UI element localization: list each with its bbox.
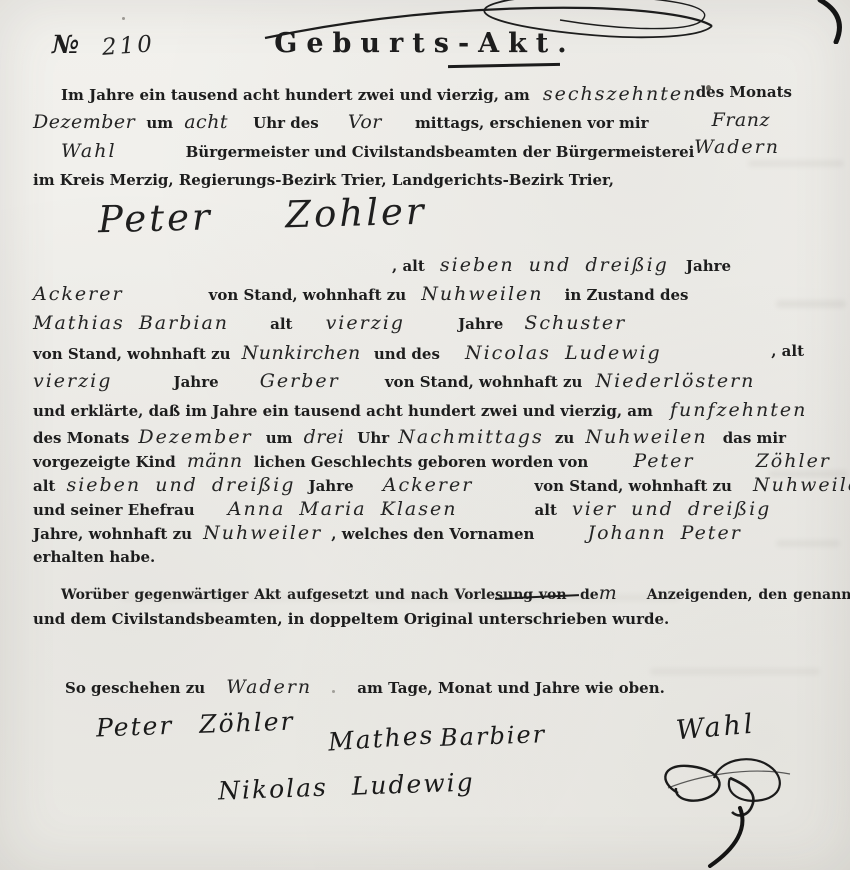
printed-text: Uhr — [357, 429, 389, 447]
bleed-through-stain — [776, 300, 846, 308]
handwritten-place: Wadern — [226, 676, 312, 698]
form-line: und seiner Ehefrau Anna Maria Klasen alt… — [33, 499, 822, 520]
bleed-through-stain — [768, 470, 848, 478]
place-line: So geschehen zu Wadern am Tage, Monat un… — [33, 677, 822, 698]
printed-text: alt — [270, 315, 292, 333]
printed-text: alt — [535, 501, 557, 519]
signature-witness1-surname: Barbier — [440, 720, 547, 752]
signature-father: Peter Zöhler — [96, 707, 295, 743]
form-line: vierzig Jahre Gerber von Stand, wohnhaft… — [33, 371, 822, 392]
form-line: erhalten habe. — [33, 548, 822, 566]
form-line: , alt sieben und dreißig Jahre — [392, 255, 822, 276]
handwritten-residence: Niederlöstern — [596, 370, 756, 392]
handwritten-age: sieben und dreißig — [66, 474, 295, 496]
printed-text: Jahre — [308, 477, 353, 495]
printed-text: des Monats — [33, 429, 129, 447]
handwritten-father-firstname: Peter — [633, 450, 694, 472]
handwritten-month: Dezember — [33, 111, 135, 133]
printed-text: So geschehen zu — [65, 679, 205, 697]
printed-text: das mir — [723, 429, 786, 447]
ink-speck — [706, 85, 711, 91]
handwritten-municipality: Wadern — [694, 137, 780, 158]
form-line: des Monats Dezember um drei Uhr Nachmitt… — [33, 427, 822, 448]
document-title: Geburts-Akt. — [274, 28, 575, 59]
printed-text: lichen Geschlechts geboren worden von — [254, 453, 589, 471]
bleed-through-stain — [776, 540, 840, 547]
handwritten-month: Dezember — [138, 426, 252, 448]
handwritten-age: vier und dreißig — [572, 498, 771, 520]
handwritten-entry: Nachmittags — [398, 426, 543, 448]
printed-text: Jahre — [686, 257, 731, 275]
document-page: № 210 Geburts-Akt. Im Jahre ein tausend … — [0, 0, 850, 870]
printed-text: um — [266, 429, 293, 447]
handwritten-gender: männ — [187, 450, 243, 472]
handwritten-child-name: Johann Peter — [588, 522, 742, 544]
form-line: Mathias Barbian alt vierzig Jahre Schust… — [33, 313, 822, 334]
form-line: und erklärte, daß im Jahre ein tausend a… — [33, 400, 822, 421]
declarant-name-large: Peter Zohler — [97, 190, 427, 242]
form-line: Jahre, wohnhaft zu Nuhweiler , welches d… — [33, 523, 822, 544]
bleed-through-stain — [650, 668, 820, 675]
signature-witness1-firstname: Mathes — [327, 720, 435, 756]
handwritten-residence: Nuhweilen — [585, 426, 707, 448]
form-line: Ackerer von Stand, wohnhaft zu Nuhweilen… — [33, 284, 822, 305]
printed-text: , alt — [771, 343, 804, 360]
printed-text: erhalten habe. — [33, 548, 155, 566]
bleed-through-stain — [120, 594, 680, 601]
handwritten-residence: Nunkirchen — [242, 342, 361, 364]
handwritten-residence: Nuhweiler — [203, 522, 322, 544]
ink-speck — [122, 17, 125, 20]
ink-speck — [332, 690, 335, 693]
printed-text: , alt — [392, 257, 425, 275]
handwritten-official-firstname: Franz — [712, 110, 770, 131]
printed-text: Jahre, wohnhaft zu — [33, 525, 192, 543]
printed-text: und des — [374, 345, 440, 363]
form-line: vorgezeigte Kind männ lichen Geschlechts… — [33, 451, 822, 472]
printed-text: Uhr des — [253, 114, 319, 132]
printed-text: von Stand, wohnhaft zu — [534, 477, 732, 495]
handwritten-witness2-name: Nicolas Ludewig — [465, 342, 662, 364]
signature-witness2: Nikolas Ludewig — [218, 768, 476, 806]
handwritten-mother-name: Anna Maria Klasen — [228, 498, 458, 520]
printed-text: und seiner Ehefrau — [33, 501, 195, 519]
printed-text: von Stand, wohnhaft zu — [385, 373, 583, 391]
handwritten-occupation: Ackerer — [383, 474, 474, 496]
handwritten-age: sieben und dreißig — [440, 254, 669, 276]
printed-text: von Stand, wohnhaft zu — [33, 345, 231, 363]
handwritten-hour: drei — [304, 426, 345, 448]
printed-text: von Stand, wohnhaft zu — [209, 286, 407, 304]
form-line: alt sieben und dreißig Jahre Ackerer von… — [33, 475, 822, 496]
handwritten-witness1-name: Mathias Barbian — [33, 312, 229, 334]
signature-paraph-flourish — [648, 748, 808, 868]
closing-line: und dem Civilstandsbeamten, in doppeltem… — [33, 610, 822, 628]
printed-text: , welches den Vornamen — [331, 525, 534, 543]
handwritten-residence: Nuhweilen — [421, 283, 543, 305]
handwritten-father-surname: Zöhler — [756, 450, 831, 472]
form-line: Dezember um acht Uhr des Vor mittags, er… — [33, 112, 822, 133]
signature-official: Wahl — [675, 709, 757, 747]
title-wrap: Geburts-Akt. — [0, 28, 850, 59]
form-line: von Stand, wohnhaft zu Nunkirchen und de… — [33, 343, 822, 364]
printed-text: Jahre — [458, 315, 503, 333]
form-line: Im Jahre ein tausend acht hundert zwei u… — [33, 84, 822, 105]
form-line: Wahl Bürgermeister und Civilstandsbeamte… — [33, 141, 822, 162]
handwritten-day: funfzehnten — [670, 399, 807, 421]
printed-text: Jahre — [173, 373, 218, 391]
handwritten-entry: Vor — [348, 111, 382, 133]
printed-text: in Zustand des — [565, 286, 689, 304]
printed-text: Bürgermeister und Civilstandsbeamten der… — [186, 143, 695, 161]
handwritten-occupation: Ackerer — [33, 283, 124, 305]
handwritten-occupation: Schuster — [524, 312, 626, 334]
handwritten-official-surname: Wahl — [61, 140, 117, 162]
printed-text: am Tage, Monat und Jahre wie oben. — [357, 679, 665, 697]
bleed-through-stain — [748, 160, 844, 167]
printed-text: alt — [33, 477, 55, 495]
handwritten-occupation: Gerber — [260, 370, 340, 392]
printed-text: mittags, erschienen vor mir — [415, 114, 649, 132]
handwritten-day: sechszehnten — [543, 83, 697, 105]
printed-text: und dem Civilstandsbeamten, in doppeltem… — [33, 610, 669, 628]
printed-text: und erklärte, daß im Jahre ein tausend a… — [33, 402, 653, 420]
printed-text: Im Jahre ein tausend acht hundert zwei u… — [61, 86, 530, 104]
printed-text: um — [146, 114, 173, 132]
title-underline — [448, 63, 560, 68]
printed-text: zu — [555, 429, 574, 447]
handwritten-age: vierzig — [326, 312, 405, 334]
printed-text: vorgezeigte Kind — [33, 453, 176, 471]
form-line: im Kreis Merzig, Regierungs-Bezirk Trier… — [33, 171, 822, 189]
printed-text: im Kreis Merzig, Regierungs-Bezirk Trier… — [33, 171, 614, 189]
handwritten-age: vierzig — [33, 370, 112, 392]
handwritten-hour: acht — [184, 111, 228, 133]
